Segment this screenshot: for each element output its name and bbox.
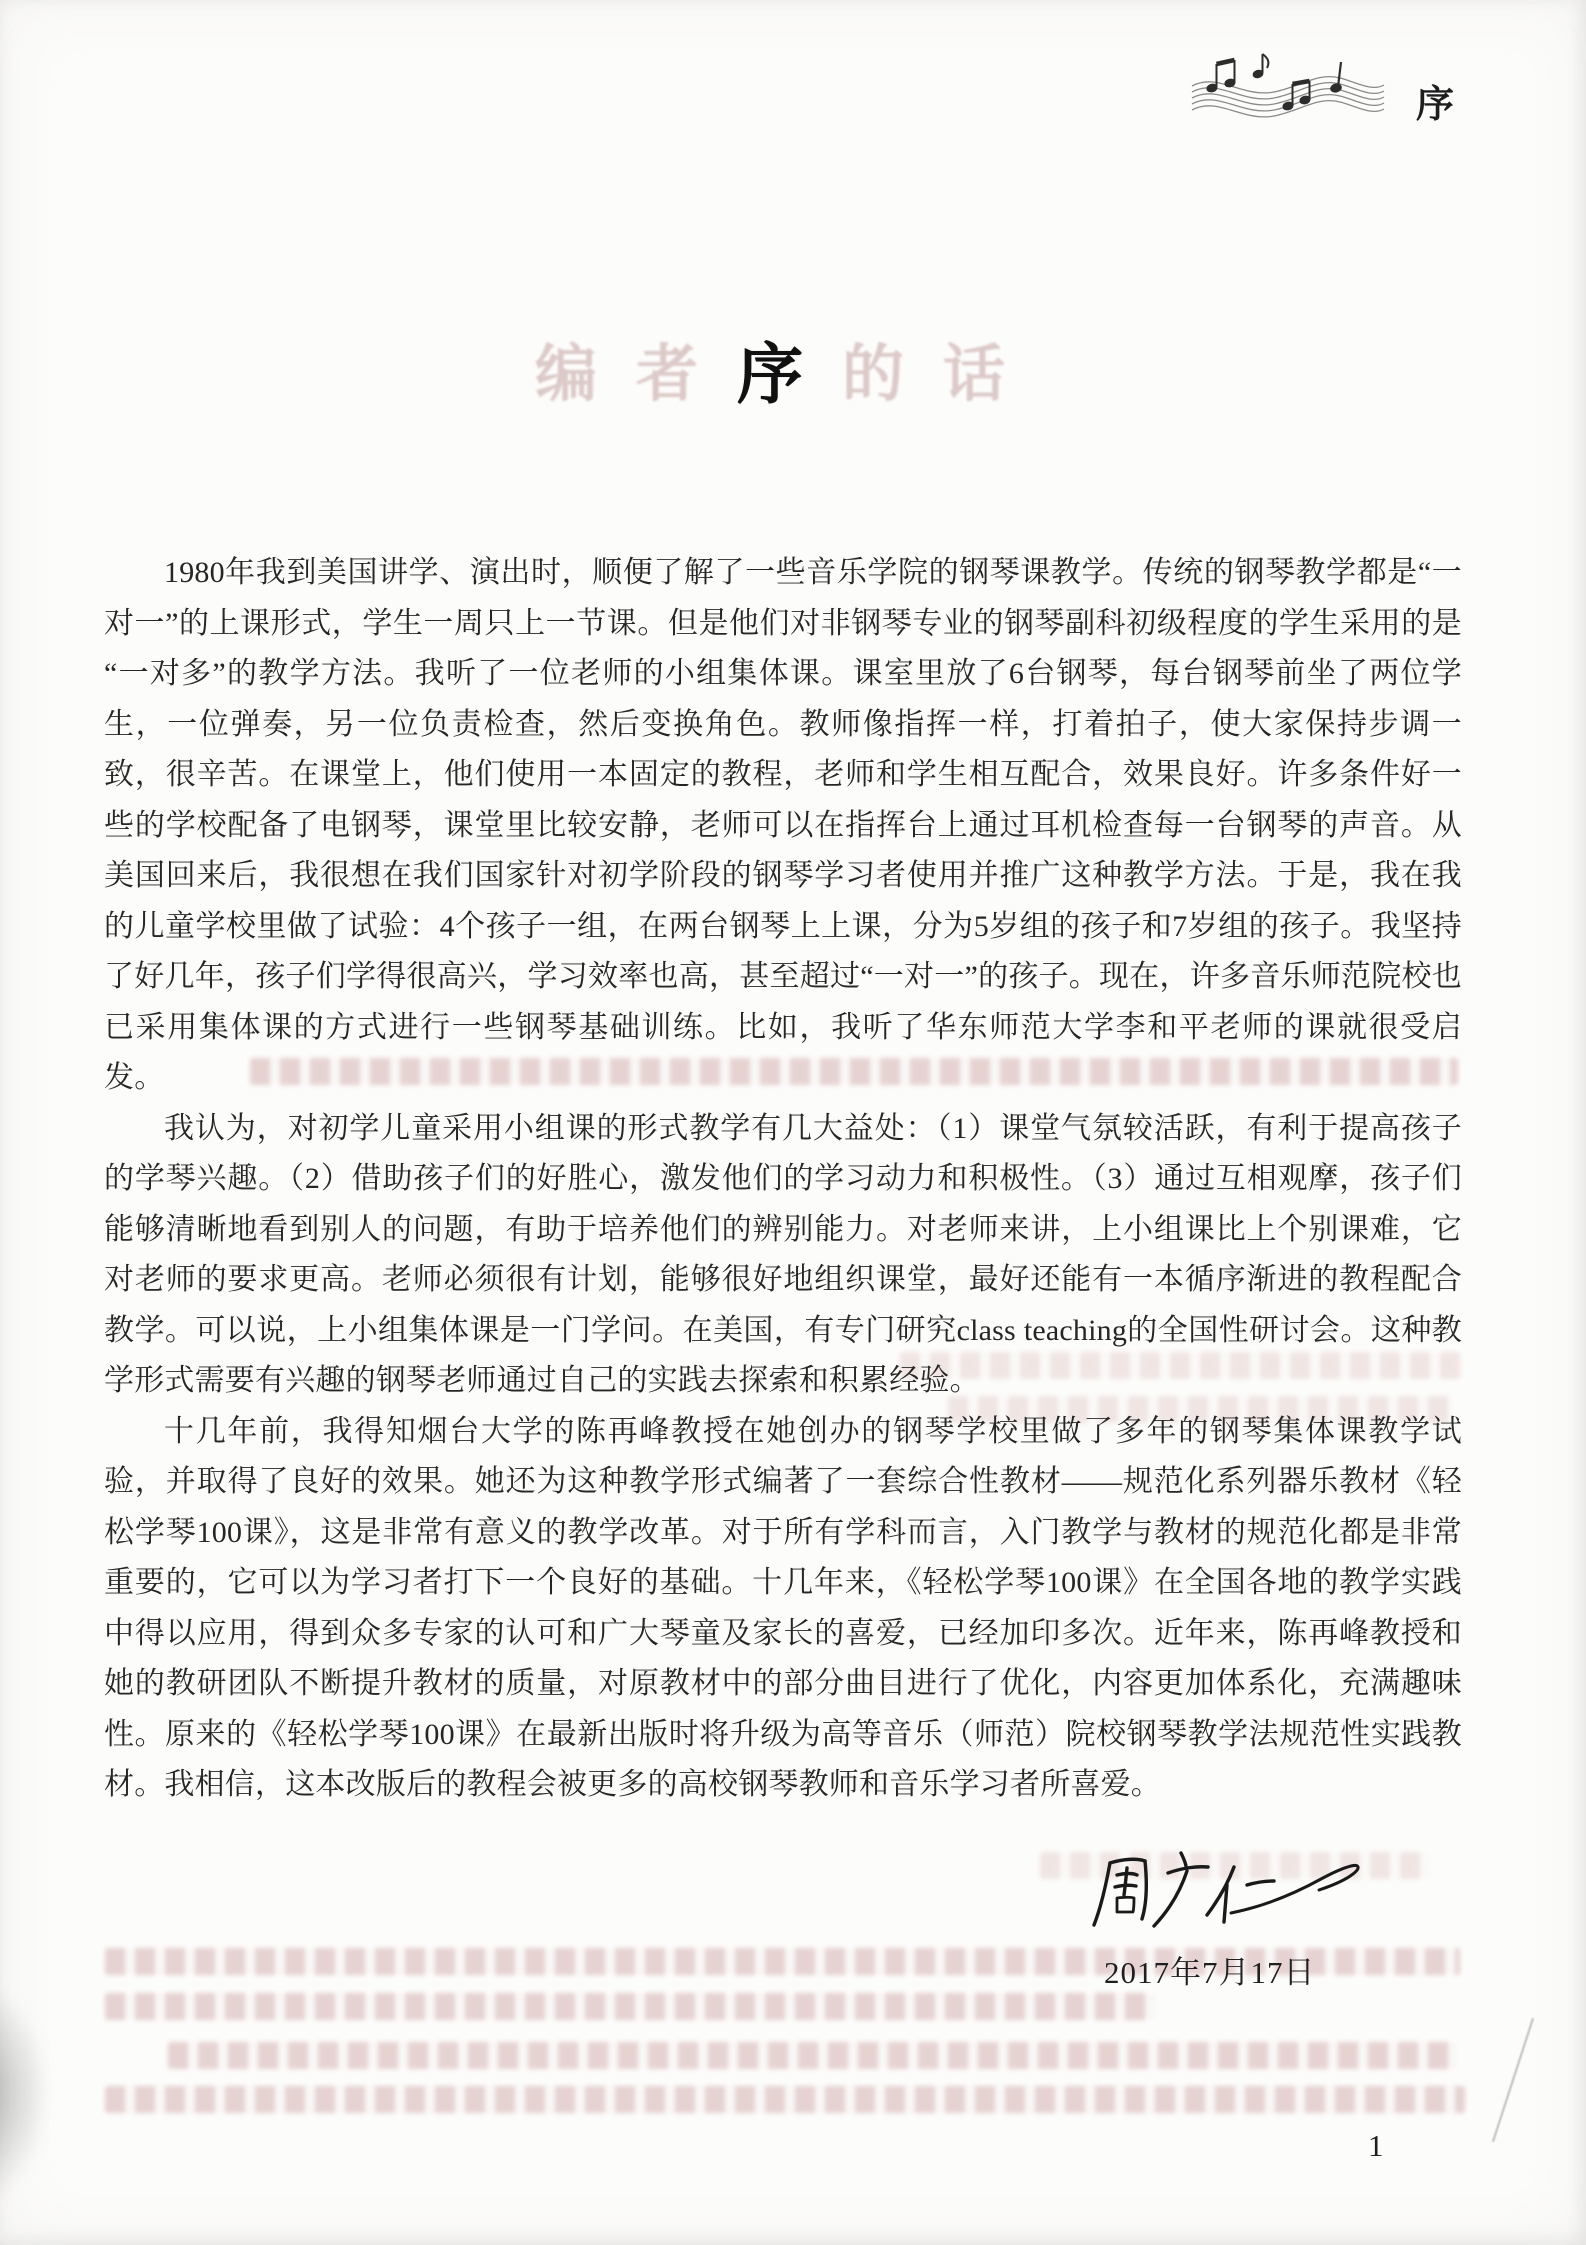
paragraph-3: 十几年前，我得知烟台大学的陈再峰教授在她创办的钢琴学校里做了多年的钢琴集体课教学…: [104, 1407, 1462, 1811]
ghost-title-char: 者: [636, 324, 698, 413]
bleedthrough-text-line: [105, 2086, 1465, 2113]
scan-streak-artifact: [1492, 2018, 1534, 2142]
paragraph-1: 1980年我到美国讲学、演出时，顺便了解了一些音乐学院的钢琴课教学。传统的钢琴教…: [104, 548, 1462, 1104]
page-number: 1: [1368, 2128, 1384, 2164]
bleedthrough-text-line: [168, 2042, 1458, 2069]
scanned-book-page: 序 编 者 序 的 话 1980年我到美国讲学、演出时，顺便了解了一些音乐学院的…: [0, 0, 1586, 2245]
signature-date: 2017年7月17日: [1104, 1947, 1364, 1992]
music-notes-staff-icon: [1188, 48, 1388, 136]
ghost-title-char: 的: [842, 324, 904, 413]
signature-block: 2017年7月17日: [1080, 1845, 1380, 1950]
paragraph-2: 我认为，对初学儿童采用小组课的形式教学有几大益处：（1）课堂气氛较活跃，有利于提…: [104, 1104, 1462, 1407]
bleedthrough-text-line: [105, 1993, 1155, 2020]
corner-page-label: 序: [1416, 73, 1456, 128]
page-title: 序: [737, 321, 803, 416]
ghost-title-char: 编: [535, 324, 597, 413]
handwritten-signature: [1080, 1845, 1380, 1945]
preface-body: 1980年我到美国讲学、演出时，顺便了解了一些音乐学院的钢琴课教学。传统的钢琴教…: [104, 548, 1462, 1811]
scan-shadow-smudge: [0, 1985, 48, 2200]
running-head: 序: [1188, 48, 1456, 136]
chapter-title: 编 者 序 的 话: [535, 318, 1005, 418]
ghost-title-char: 话: [943, 324, 1005, 413]
